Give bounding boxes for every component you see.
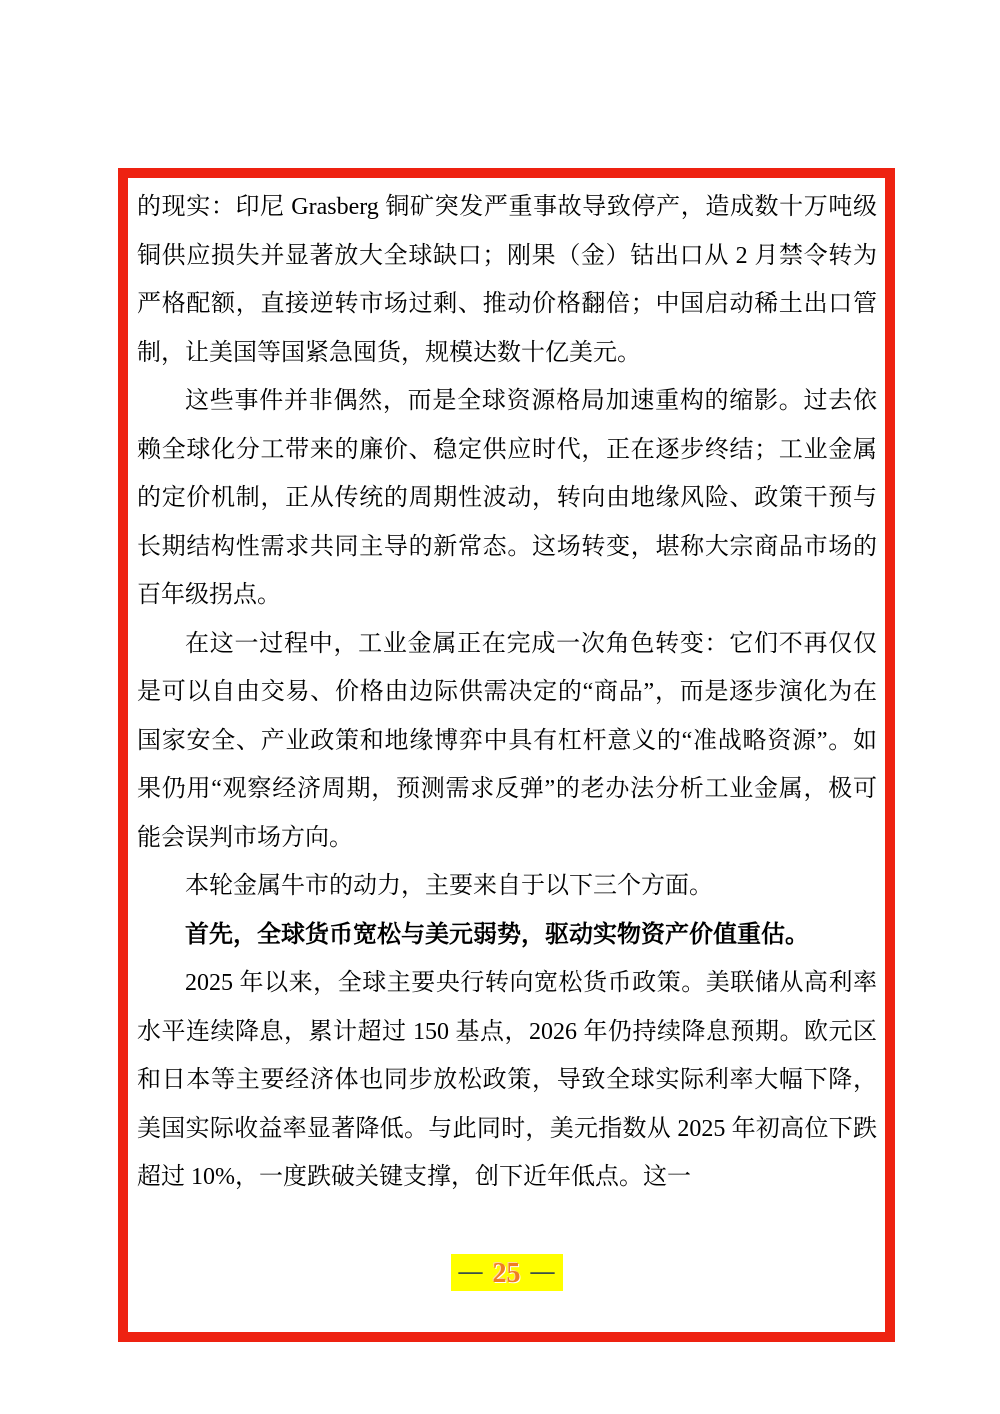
paragraph-4: 本轮金属牛市的动力，主要来自于以下三个方面。 — [137, 862, 877, 911]
paragraph-6: 2025 年以来，全球主要央行转向宽松货币政策。美联储从高利率水平连续降息，累计… — [137, 959, 877, 1202]
page-number-highlight: — 25 — — [451, 1254, 563, 1291]
document-body-text: 的现实：印尼 Grasberg 铜矿突发严重事故导致停产，造成数十万吨级铜供应损… — [137, 183, 877, 1202]
page-number: 25 — [493, 1258, 521, 1289]
page-number-footer: — 25 — — [128, 1254, 885, 1291]
document-page: 的现实：印尼 Grasberg 铜矿突发严重事故导致停产，造成数十万吨级铜供应损… — [0, 0, 1000, 1414]
footer-dash-right: — — [531, 1259, 555, 1285]
paragraph-1: 的现实：印尼 Grasberg 铜矿突发严重事故导致停产，造成数十万吨级铜供应损… — [137, 183, 877, 377]
footer-dash-left: — — [459, 1259, 483, 1285]
paragraph-5-bold-heading: 首先，全球货币宽松与美元弱势，驱动实物资产价值重估。 — [137, 911, 877, 960]
paragraph-2: 这些事件并非偶然，而是全球资源格局加速重构的缩影。过去依赖全球化分工带来的廉价、… — [137, 377, 877, 620]
paragraph-3: 在这一过程中，工业金属正在完成一次角色转变：它们不再仅仅是可以自由交易、价格由边… — [137, 620, 877, 863]
